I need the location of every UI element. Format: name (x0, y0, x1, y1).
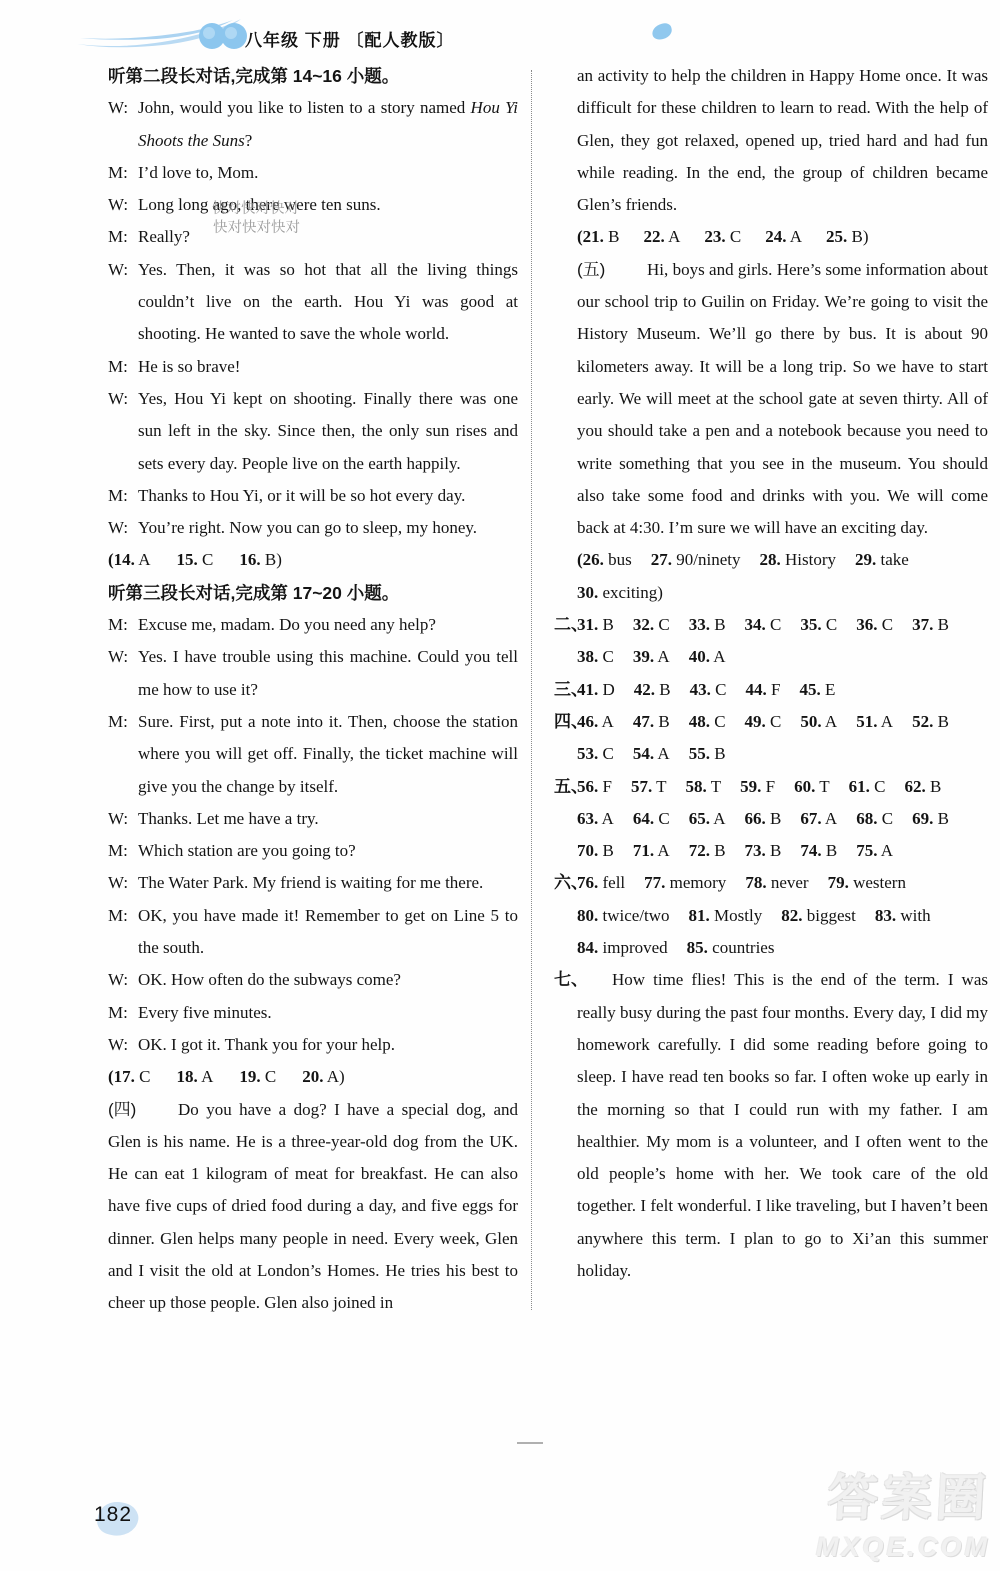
section-label: 四、 (554, 706, 588, 738)
answer-item: 16. B) (239, 544, 282, 576)
dialogue-text: ? (245, 131, 253, 150)
answer-item: 42. B (634, 674, 671, 706)
dialogue-text: Yes. Then, it was so hot that all the li… (138, 260, 518, 344)
answer-section-3: 三、 41. D42. B43. C44. F45. E (577, 674, 988, 706)
answer-item: 35. C (800, 609, 837, 641)
answer-key-row: 70. B71. A72. B73. B74. B75. A (577, 835, 988, 867)
section-label: 六、 (554, 867, 588, 899)
speaker-label: M: (108, 480, 138, 512)
section-label: 二、 (554, 609, 588, 641)
passage-4-continued: an activity to help the children in Happ… (577, 60, 988, 221)
dialogue-text: Thanks. Let me have a try. (138, 809, 319, 828)
dialogue-text: Which station are you going to? (138, 841, 356, 860)
answer-item: 23. C (704, 221, 741, 253)
dialogue-line: W:John, would you like to listen to a st… (108, 92, 518, 157)
answer-item: 22. A (644, 221, 681, 253)
answer-item: 52. B (912, 706, 949, 738)
speaker-label: M: (108, 835, 138, 867)
dialogue-text: I’d love to, Mom. (138, 163, 258, 182)
dialogue-text: Sure. First, put a note into it. Then, c… (138, 712, 518, 796)
dialogue-text: John, would you like to listen to a stor… (138, 98, 471, 117)
answer-item: 84. improved (577, 932, 668, 964)
dialogue-text: He is so brave! (138, 357, 240, 376)
left-column: 听第二段长对话,完成第 14~16 小题。 W:John, would you … (108, 60, 518, 1320)
dialogue-line: M:Which station are you going to? (108, 835, 518, 867)
section-label: 七、 (554, 964, 588, 996)
answer-item: 34. C (745, 609, 782, 641)
brand-watermark-text: 答案圈 (814, 1458, 992, 1530)
page-title: 八年级 下册 〔配人教版〕 (245, 26, 454, 51)
answer-key-row: 38. C39. A40. A (577, 641, 988, 673)
answer-item: 53. C (577, 738, 614, 770)
answer-item: 30. exciting) (577, 577, 663, 609)
answer-item: 78. never (745, 867, 808, 899)
speaker-label: M: (108, 997, 138, 1029)
answer-key-row: 31. B32. C33. B34. C35. C36. C37. B (577, 609, 988, 641)
answer-key-row: (17. C18. A19. C20. A) (108, 1061, 518, 1093)
answer-item: (21. B (577, 221, 620, 253)
speaker-label: W: (108, 803, 138, 835)
speaker-label: M: (108, 706, 138, 738)
answer-item: 54. A (633, 738, 670, 770)
answer-item: 80. twice/two (577, 900, 670, 932)
speaker-label: W: (108, 92, 138, 124)
dialogue-line: W:OK. I got it. Thank you for your help. (108, 1029, 518, 1061)
answer-key-row: 46. A47. B48. C49. C50. A51. A52. B (577, 706, 988, 738)
answer-item: 19. C (239, 1061, 276, 1093)
answer-key-row: 80. twice/two81. Mostly82. biggest83. wi… (577, 900, 988, 932)
footer-dash (517, 1442, 543, 1444)
answer-item: (14. A (108, 544, 151, 576)
dialogue-text: OK. How often do the subways come? (138, 970, 401, 989)
site-watermark: 答案圈 MXQE.COM (816, 1458, 990, 1563)
answer-item: 64. C (633, 803, 670, 835)
speaker-label: W: (108, 383, 138, 415)
answer-item: 36. C (856, 609, 893, 641)
answer-item: 59. F (740, 771, 775, 803)
passage-5: (五)Hi, boys and girls. Here’s some infor… (577, 254, 988, 545)
answer-item: 39. A (633, 641, 670, 673)
answer-item: 40. A (689, 641, 726, 673)
answer-key-row: 63. A64. C65. A66. B67. A68. C69. B (577, 803, 988, 835)
dialogue-text: OK, you have made it! Remember to get on… (138, 906, 518, 957)
answer-item: 70. B (577, 835, 614, 867)
dialogue-text: OK. I got it. Thank you for your help. (138, 1035, 395, 1054)
answer-item: 75. A (856, 835, 893, 867)
answer-item: 61. C (849, 771, 886, 803)
answer-section-4: 四、 46. A47. B48. C49. C50. A51. A52. B 5… (577, 706, 988, 771)
answer-key-row: 76. fell77. memory78. never79. western (577, 867, 988, 899)
speaker-label: W: (108, 189, 138, 221)
answer-item: 29. take (855, 544, 909, 576)
answer-item: 57. T (631, 771, 667, 803)
answer-item: 81. Mostly (689, 900, 763, 932)
dialogue-line: M:He is so brave! (108, 351, 518, 383)
passage-4: (四)Do you have a dog? I have a special d… (108, 1094, 518, 1320)
section-heading: 听第二段长对话,完成第 14~16 小题。 (108, 60, 518, 92)
answer-key-row: (14. A15. C16. B) (108, 544, 518, 576)
answer-item: 60. T (794, 771, 830, 803)
dialogue-line: W:Yes. Then, it was so hot that all the … (108, 254, 518, 351)
textbook-answer-page: { "header": { "title": "八年级 下册 〔配人教版〕" }… (0, 0, 1000, 1571)
answer-section-2: 二、 31. B32. C33. B34. C35. C36. C37. B 3… (577, 609, 988, 674)
dialogue-line: W:Long long ago, there were ten suns. (108, 189, 518, 221)
answer-item: 48. C (689, 706, 726, 738)
answer-item: 69. B (912, 803, 949, 835)
section-label: 五、 (554, 771, 588, 803)
answer-item: 28. History (760, 544, 837, 576)
answer-item: 79. western (828, 867, 906, 899)
answer-item: 45. E (799, 674, 835, 706)
answer-item: 82. biggest (781, 900, 856, 932)
dialogue-line: M:I’d love to, Mom. (108, 157, 518, 189)
passage-label: (五) (577, 254, 647, 286)
speaker-label: M: (108, 157, 138, 189)
speaker-label: W: (108, 641, 138, 673)
page-number: 182 (94, 1503, 132, 1527)
section-heading: 听第三段长对话,完成第 17~20 小题。 (108, 577, 518, 609)
section-label: 三、 (554, 674, 588, 706)
answer-section-7: 七、 How time flies! This is the end of th… (577, 964, 988, 1287)
answer-key-row: (26. bus27. 90/ninety28. History29. take (577, 544, 988, 576)
answer-item: 32. C (633, 609, 670, 641)
answer-item: 27. 90/ninety (651, 544, 741, 576)
answer-item: 77. memory (644, 867, 726, 899)
answer-item: 63. A (577, 803, 614, 835)
speaker-label: W: (108, 867, 138, 899)
page-number-area: 182 (88, 1495, 148, 1539)
answer-item: 66. B (745, 803, 782, 835)
site-watermark-text: MXQE.COM (816, 1532, 990, 1563)
dialogue-text: Yes. I have trouble using this machine. … (138, 647, 518, 698)
speaker-label: M: (108, 900, 138, 932)
answer-item: 24. A (765, 221, 802, 253)
answer-item: 85. countries (687, 932, 775, 964)
column-divider (531, 70, 532, 1310)
answer-section-5: 五、 56. F57. T58. T59. F60. T61. C62. B 6… (577, 771, 988, 868)
dialogue-text: Every five minutes. (138, 1003, 272, 1022)
answer-item: 43. C (690, 674, 727, 706)
speaker-label: M: (108, 221, 138, 253)
answer-item: 72. B (689, 835, 726, 867)
answer-item: 65. A (689, 803, 726, 835)
answer-item: 33. B (689, 609, 726, 641)
passage-label: (四) (108, 1094, 178, 1126)
dialogue-line: W:You’re right. Now you can go to sleep,… (108, 512, 518, 544)
dialogue-text: Really? (138, 227, 190, 246)
dialogue-line: W:Yes. I have trouble using this machine… (108, 641, 518, 706)
passage-7-text: How time flies! This is the end of the t… (577, 964, 988, 1287)
speaker-label: W: (108, 964, 138, 996)
answer-item: 73. B (745, 835, 782, 867)
speaker-label: W: (108, 512, 138, 544)
answer-key-row: 56. F57. T58. T59. F60. T61. C62. B (577, 771, 988, 803)
answer-key-row: 41. D42. B43. C44. F45. E (577, 674, 988, 706)
answer-key-row: 53. C54. A55. B (577, 738, 988, 770)
dialogue-line: W:Yes, Hou Yi kept on shooting. Finally … (108, 383, 518, 480)
answer-item: 68. C (856, 803, 893, 835)
answer-item: 49. C (745, 706, 782, 738)
dialogue-line: M:Every five minutes. (108, 997, 518, 1029)
answer-item: (26. bus (577, 544, 632, 576)
answer-item: 58. T (686, 771, 722, 803)
dialogue-line: W:Thanks. Let me have a try. (108, 803, 518, 835)
answer-item: 20. A) (302, 1061, 345, 1093)
dialogue-text: Yes, Hou Yi kept on shooting. Finally th… (138, 389, 518, 473)
answer-section-6: 六、 76. fell77. memory78. never79. wester… (577, 867, 988, 964)
dialogue-line: M:OK, you have made it! Remember to get … (108, 900, 518, 965)
dialogue-line: M:Thanks to Hou Yi, or it will be so hot… (108, 480, 518, 512)
dialogue-line: M:Really? (108, 221, 518, 253)
dialogue-line: M:Sure. First, put a note into it. Then,… (108, 706, 518, 803)
dialogue-text: Excuse me, madam. Do you need any help? (138, 615, 436, 634)
answer-item: (17. C (108, 1061, 151, 1093)
speaker-label: M: (108, 351, 138, 383)
kuaidui-watermark: 快对快对快对 (212, 200, 299, 218)
answer-item: 51. A (856, 706, 893, 738)
speaker-label: W: (108, 254, 138, 286)
answer-item: 25. B) (826, 221, 869, 253)
answer-item: 74. B (800, 835, 837, 867)
kuaidui-watermark: 快对快对快对 (213, 219, 300, 237)
passage-text: Do you have a dog? I have a special dog,… (108, 1100, 518, 1313)
answer-key-row: (21. B22. A23. C24. A25. B) (577, 221, 988, 253)
answer-item: 62. B (905, 771, 942, 803)
dialogue-line: M:Excuse me, madam. Do you need any help… (108, 609, 518, 641)
answer-item: 47. B (633, 706, 670, 738)
answer-item: 83. with (875, 900, 931, 932)
answer-item: 50. A (800, 706, 837, 738)
passage-text: Hi, boys and girls. Here’s some informat… (577, 260, 988, 537)
answer-item: 55. B (689, 738, 726, 770)
dialogue-line: W:OK. How often do the subways come? (108, 964, 518, 996)
dialogue-text: The Water Park. My friend is waiting for… (138, 873, 483, 892)
answer-item: 18. A (177, 1061, 214, 1093)
answer-key-row: 84. improved85. countries (577, 932, 988, 964)
dialogue-text: Thanks to Hou Yi, or it will be so hot e… (138, 486, 465, 505)
answer-key-row: 30. exciting) (577, 577, 988, 609)
answer-item: 67. A (800, 803, 837, 835)
answer-item: 38. C (577, 641, 614, 673)
speaker-label: M: (108, 609, 138, 641)
blue-blob-icon (650, 22, 673, 42)
dialogue-line: W:The Water Park. My friend is waiting f… (108, 867, 518, 899)
answer-item: 71. A (633, 835, 670, 867)
right-column: an activity to help the children in Happ… (577, 60, 988, 1287)
dialogue-text: You’re right. Now you can go to sleep, m… (138, 518, 477, 537)
speaker-label: W: (108, 1029, 138, 1061)
answer-item: 15. C (177, 544, 214, 576)
answer-item: 44. F (745, 674, 780, 706)
answer-item: 37. B (912, 609, 949, 641)
